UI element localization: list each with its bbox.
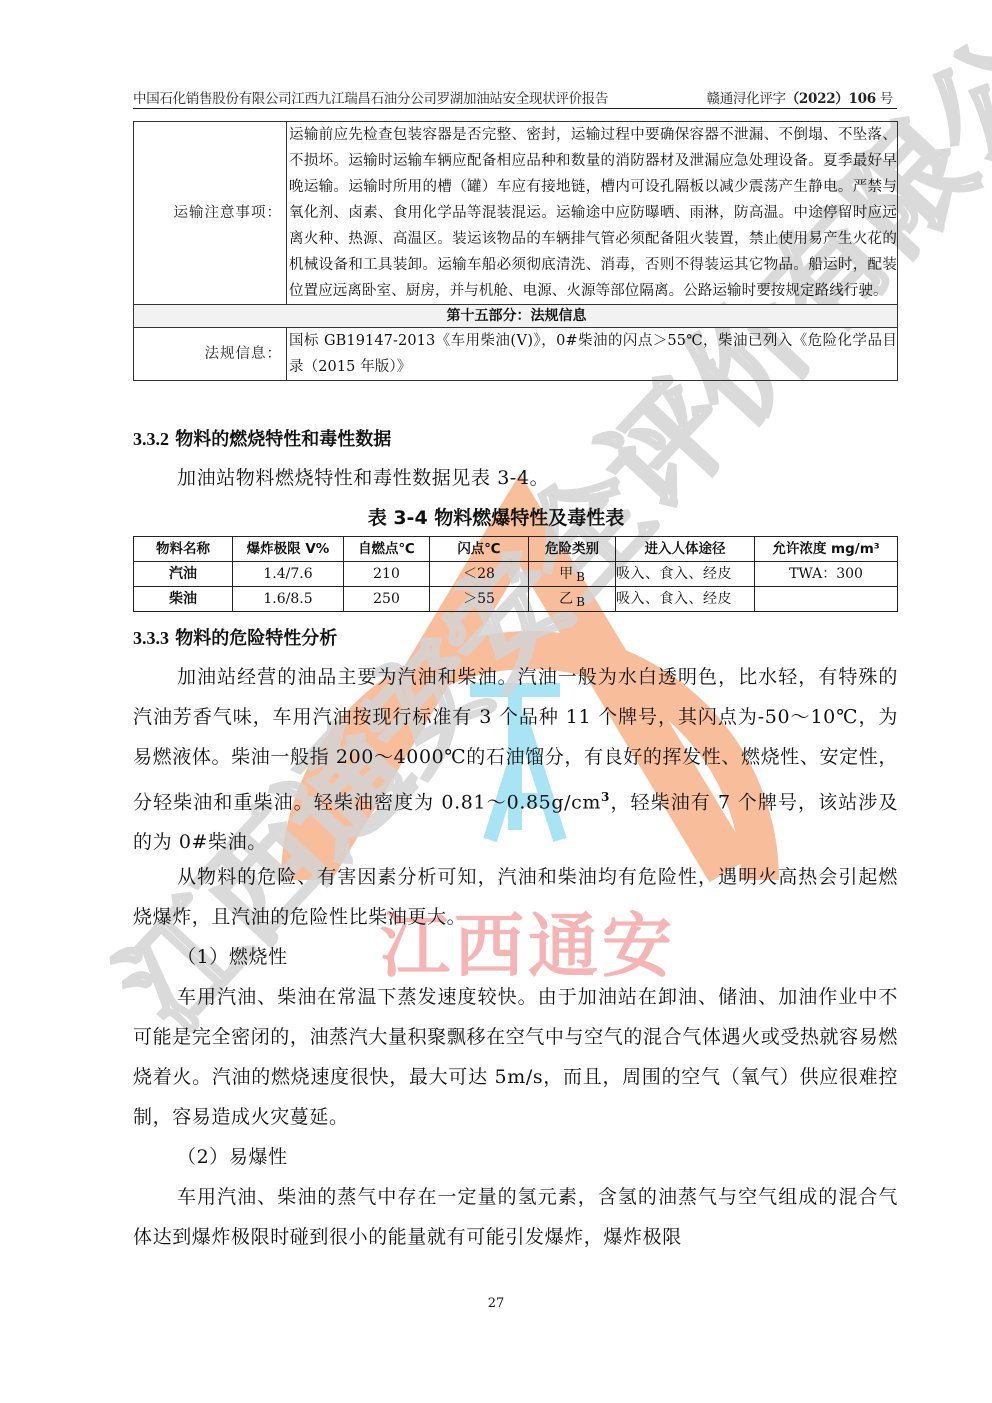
section-332-intro: 加油站物料燃烧特性和毒性数据见表 3-4。 bbox=[133, 458, 898, 498]
cell-flash-point: ＜28 bbox=[430, 562, 529, 587]
table-caption: 表 3-4 物料燃爆特性及毒性表 bbox=[0, 503, 992, 530]
col-material-name: 物料名称 bbox=[134, 537, 233, 562]
transport-label: 运输注意事项： bbox=[134, 122, 287, 305]
cell-explosion-limit: 1.6/8.5 bbox=[233, 587, 344, 612]
section-15-row: 第十五部分：法规信息 bbox=[134, 305, 898, 328]
cell-flash-point: ＞55 bbox=[430, 587, 529, 612]
report-title: 中国石化销售股份有限公司江西九江瑞昌石油分公司罗湖加油站安全现状评价报告 bbox=[133, 87, 608, 107]
paragraph-3: 车用汽油、柴油在常温下蒸发速度较快。由于加油站在卸油、储油、加油作业中不可能是完… bbox=[133, 977, 898, 1137]
regulation-label: 法规信息： bbox=[134, 328, 287, 381]
col-flash-point: 闪点℃ bbox=[430, 537, 529, 562]
hazard-data-table: 物料名称 爆炸极限 V% 自燃点℃ 闪点℃ 危险类别 进入人体途径 允许浓度 m… bbox=[133, 536, 898, 612]
page-number: 27 bbox=[0, 1296, 992, 1311]
cell-route: 吸入、食入、经皮 bbox=[616, 587, 755, 612]
section-heading-333: 3.3.3 物料的危险特性分析 bbox=[133, 624, 337, 650]
report-number: 赣通浔化评字（2022）106 号 bbox=[707, 87, 893, 107]
cell-explosion-limit: 1.4/7.6 bbox=[233, 562, 344, 587]
transport-row: 运输注意事项： 运输前应先检查包装容器是否完整、密封，运输过程中要确保容器不泄漏… bbox=[134, 122, 898, 305]
table-row: 柴油 1.6/8.5 250 ＞55 乙B 吸入、食入、经皮 bbox=[134, 587, 898, 612]
col-autoignition: 自燃点℃ bbox=[344, 537, 430, 562]
msds-table: 运输注意事项： 运输前应先检查包装容器是否完整、密封，运输过程中要确保容器不泄漏… bbox=[133, 121, 898, 381]
cell-autoignition: 210 bbox=[344, 562, 430, 587]
col-allowed-concentration: 允许浓度 mg/m³ bbox=[755, 537, 898, 562]
cell-hazard-class: 乙B bbox=[529, 587, 616, 612]
subheading-flammability: （1）燃烧性 bbox=[133, 937, 898, 977]
paragraph-2: 从物料的危险、有害因素分析可知，汽油和柴油均有危险性，遇明火高热会引起燃烧爆炸，… bbox=[133, 857, 898, 937]
subheading-explosiveness: （2）易爆性 bbox=[133, 1137, 898, 1177]
paragraph-1: 加油站经营的油品主要为汽油和柴油。汽油一般为水白透明色，比水轻，有特殊的汽油芳香… bbox=[133, 657, 898, 862]
cell-hazard-class: 甲B bbox=[529, 562, 616, 587]
regulation-row: 法规信息： 国标 GB19147-2013《车用柴油(Ⅴ)》，0#柴油的闪点＞5… bbox=[134, 328, 898, 381]
cell-route: 吸入、食入、经皮 bbox=[616, 562, 755, 587]
page-header: 中国石化销售股份有限公司江西九江瑞昌石油分公司罗湖加油站安全现状评价报告 赣通浔… bbox=[133, 86, 897, 109]
cell-name: 柴油 bbox=[134, 587, 233, 612]
section-heading-332: 3.3.2 物料的燃烧特性和毒性数据 bbox=[133, 425, 391, 451]
col-explosion-limit: 爆炸极限 V% bbox=[233, 537, 344, 562]
cell-allowed: TWA：300 bbox=[755, 562, 898, 587]
cell-name: 汽油 bbox=[134, 562, 233, 587]
regulation-text: 国标 GB19147-2013《车用柴油(Ⅴ)》，0#柴油的闪点＞55℃，柴油已… bbox=[287, 328, 898, 381]
col-hazard-class: 危险类别 bbox=[529, 537, 616, 562]
cell-autoignition: 250 bbox=[344, 587, 430, 612]
transport-text: 运输前应先检查包装容器是否完整、密封，运输过程中要确保容器不泄漏、不倒塌、不坠落… bbox=[287, 122, 898, 305]
paragraph-4: 车用汽油、柴油的蒸气中存在一定量的氢元素，含氢的油蒸气与空气组成的混合气体达到爆… bbox=[133, 1177, 898, 1257]
section-15-title: 第十五部分：法规信息 bbox=[134, 305, 898, 328]
table-row: 汽油 1.4/7.6 210 ＜28 甲B 吸入、食入、经皮 TWA：300 bbox=[134, 562, 898, 587]
cell-allowed bbox=[755, 587, 898, 612]
table-header-row: 物料名称 爆炸极限 V% 自燃点℃ 闪点℃ 危险类别 进入人体途径 允许浓度 m… bbox=[134, 537, 898, 562]
col-exposure-route: 进入人体途径 bbox=[616, 537, 755, 562]
